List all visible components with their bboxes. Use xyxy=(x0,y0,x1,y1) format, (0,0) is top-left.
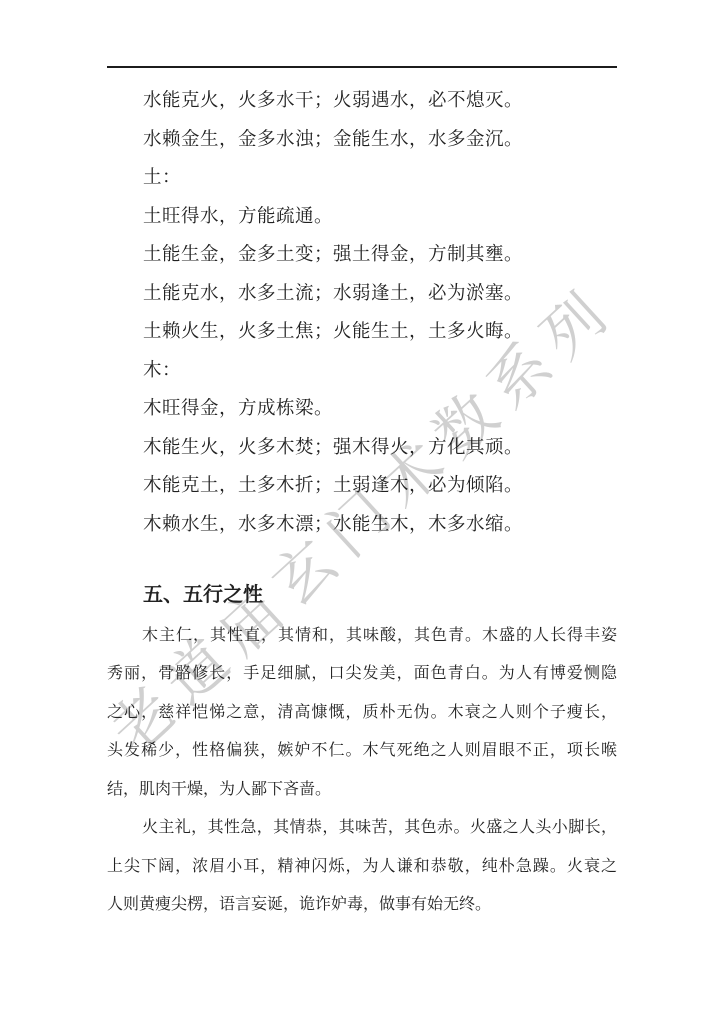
list-line: 水能克火，火多水干；火弱遇水，必不熄灭。 xyxy=(107,82,617,121)
paragraph-line: 火主礼，其性急，其情恭，其味苦，其色赤。火盛之人头小脚长， xyxy=(107,809,617,848)
section-heading: 五、五行之性 xyxy=(107,576,617,615)
paragraph-line: 之心，慈祥恺悌之意，清高慷慨，质朴无伪。木衰之人则个子瘦长， xyxy=(107,694,617,733)
list-line: 木能生火，火多木焚；强木得火，方化其顽。 xyxy=(107,429,617,468)
paragraph-line: 秀丽，骨骼修长，手足细腻，口尖发美，面色青白。为人有博爱恻隐 xyxy=(107,655,617,694)
paragraph-line: 结，肌肉干燥，为人鄙下吝啬。 xyxy=(107,771,617,810)
list-line: 土： xyxy=(107,159,617,198)
list-line: 土能生金，金多土变；强土得金，方制其壅。 xyxy=(107,236,617,275)
list-line: 土旺得水，方能疏通。 xyxy=(107,198,617,237)
paragraph-line: 人则黄瘦尖楞，语言妄诞，诡诈妒毒，做事有始无终。 xyxy=(107,886,617,925)
list-line: 土能克水，水多土流；水弱逢土，必为淤塞。 xyxy=(107,275,617,314)
document-page: 老道庙玄门术数系列 水能克火，火多水干；火弱遇水，必不熄灭。 水赖金生，金多水浊… xyxy=(0,0,724,1024)
paragraph-line: 头发稀少，性格偏狭，嫉妒不仁。木气死绝之人则眉眼不正，项长喉 xyxy=(107,732,617,771)
list-line: 木旺得金，方成栋梁。 xyxy=(107,390,617,429)
list-line: 木能克土，土多木折；土弱逢木，必为倾陷。 xyxy=(107,467,617,506)
list-line: 水赖金生，金多水浊；金能生水，水多金沉。 xyxy=(107,121,617,160)
list-line: 木赖水生，水多木漂；水能生木，木多水缩。 xyxy=(107,506,617,545)
list-line: 土赖火生，火多土焦；火能生土，土多火晦。 xyxy=(107,313,617,352)
paragraph-line: 上尖下阔，浓眉小耳，精神闪烁，为人谦和恭敬，纯朴急躁。火衰之 xyxy=(107,848,617,887)
list-line: 木： xyxy=(107,352,617,391)
document-content: 水能克火，火多水干；火弱遇水，必不熄灭。 水赖金生，金多水浊；金能生水，水多金沉… xyxy=(107,82,617,925)
header-rule xyxy=(107,66,617,68)
paragraph-line: 木主仁，其性直，其情和，其味酸，其色青。木盛的人长得丰姿 xyxy=(107,617,617,656)
